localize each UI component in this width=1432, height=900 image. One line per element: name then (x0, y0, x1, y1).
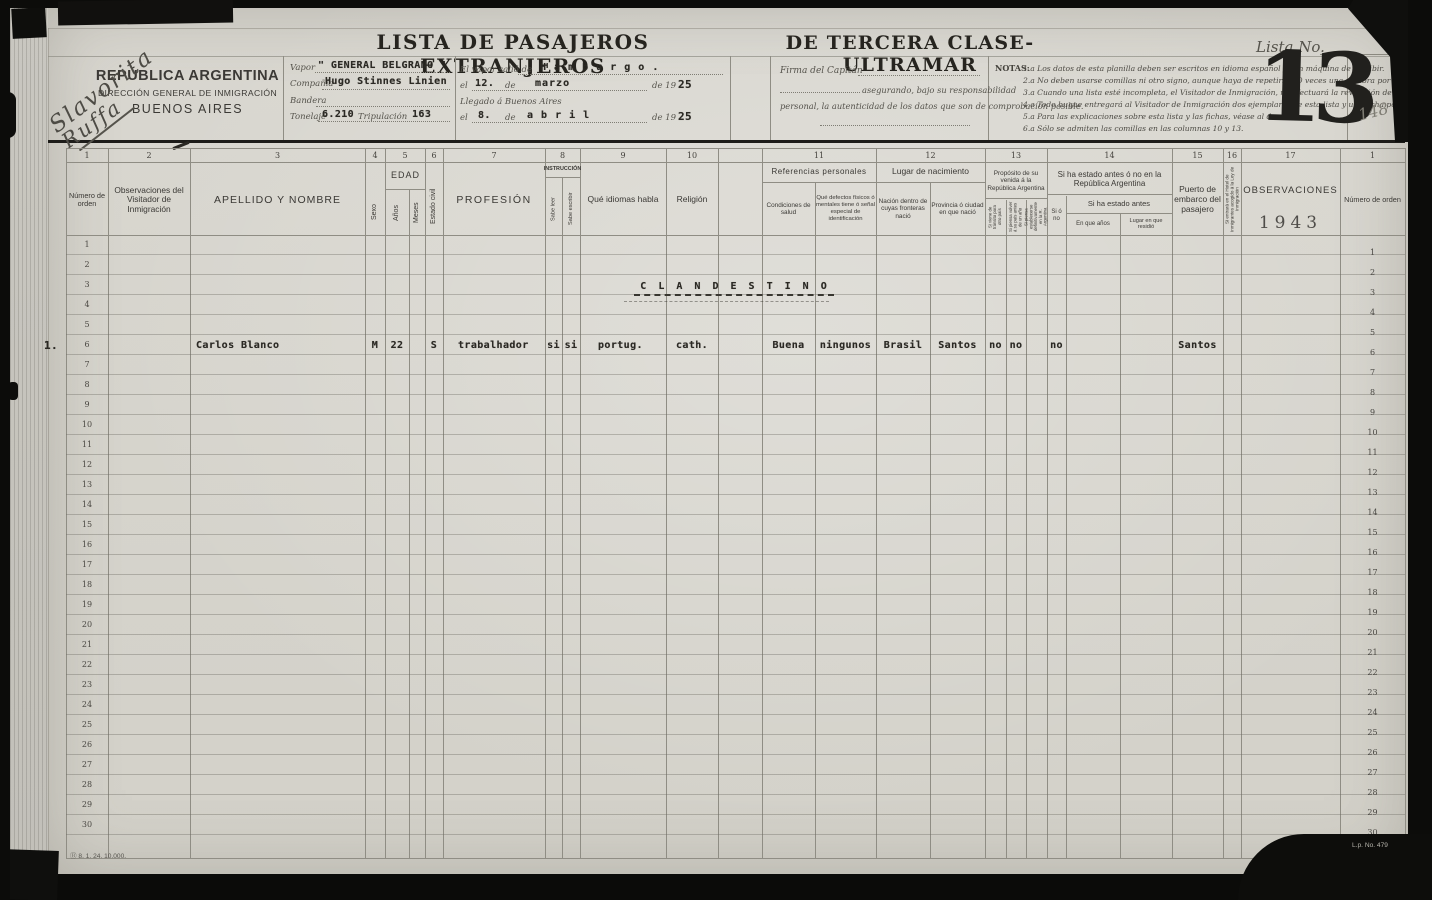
row-number: 11 (66, 435, 108, 455)
col-header-defectos: Qué defectos físicos ó mentales tiene ó … (816, 184, 875, 234)
scan-edge-left (0, 0, 10, 900)
fill-line (858, 75, 980, 76)
row-numbers-left: 1234567891011121314151617181920212223242… (66, 235, 108, 835)
row-number: 5 (66, 315, 108, 335)
column-number: 5 (385, 149, 425, 162)
cell-religion: cath. (676, 340, 708, 351)
col-header-si-o-no: Si ó no (1048, 198, 1065, 233)
scan-edge-bottom (0, 874, 1432, 900)
cell-sabe-escribir: si (562, 340, 580, 352)
column-number: 9 (580, 149, 666, 162)
tripulacion-value: 163 (412, 109, 431, 120)
column-number: 8 (545, 149, 580, 162)
col-header-proposito: Propósito de su venida á la República Ar… (986, 164, 1046, 198)
spine-shadow-mark (11, 7, 47, 39)
row-number: 21 (1340, 643, 1405, 663)
row-number: 1 (1340, 243, 1405, 263)
column-number: 10 (666, 149, 718, 162)
salio-year: 25 (678, 78, 692, 91)
col-header-edad: EDAD (386, 162, 425, 189)
scan-edge-right (1408, 0, 1432, 900)
col-header-estado-antes: Si ha estado antes ó no en la República … (1048, 164, 1171, 194)
clandestino-entry: C L A N D E S T I N O (640, 281, 830, 292)
row-number: 30 (66, 815, 108, 835)
row-number: 20 (1340, 623, 1405, 643)
de19-label: de 19 (652, 113, 676, 123)
row-number: 8 (1340, 383, 1405, 403)
row-number: 25 (1340, 723, 1405, 743)
row-number: 16 (66, 535, 108, 555)
row-number: 28 (1340, 783, 1405, 803)
el-label: el (460, 81, 468, 91)
row-number: 28 (66, 775, 108, 795)
row-number: 23 (66, 675, 108, 695)
row-number: 22 (66, 655, 108, 675)
row-number: 4 (1340, 303, 1405, 323)
row-number: 7 (66, 355, 108, 375)
col-header-sexo: Sexo (366, 190, 384, 234)
row-number: 16 (1340, 543, 1405, 563)
column-number: 2 (108, 149, 190, 162)
col-header-sabe-escribir: Sabe escribir (563, 184, 579, 234)
row-number: 13 (66, 475, 108, 495)
scan-artifact-bottom-right (1238, 834, 1432, 900)
row-number: 12 (1340, 463, 1405, 483)
row-number: 15 (66, 515, 108, 535)
col-header-numero-orden: Número de orden (67, 168, 107, 232)
column-number: 1 (66, 149, 108, 162)
llegado-day: 8. (478, 110, 491, 121)
salio-value: H a m b u r g o . (540, 62, 659, 73)
cell-profesion: trabalhador (458, 340, 529, 351)
fill-line (472, 90, 647, 91)
row-number: 7 (1340, 363, 1405, 383)
row-number: 25 (66, 715, 108, 735)
column-number: 11 (762, 149, 876, 162)
col-header-en-que-anos: En que años (1067, 215, 1119, 233)
table-row-lines (66, 235, 1405, 835)
column-number: 3 (190, 149, 365, 162)
book-spine (10, 6, 48, 874)
col-header-hotel-inmigrantes: Si entrará en el Hotel de Inmigrantes ac… (1224, 166, 1240, 232)
row-number: 12 (66, 455, 108, 475)
cell-salud: Buena (762, 340, 815, 352)
column-number: 14 (1047, 149, 1172, 162)
row-number: 9 (1340, 403, 1405, 423)
row-number: 17 (66, 555, 108, 575)
row-number: 24 (1340, 703, 1405, 723)
col-header-idiomas: Qué idiomas habla (581, 168, 665, 232)
cell-volver: no (1006, 340, 1026, 352)
left-margin-rule (48, 28, 49, 870)
col-header-proposito-transito: Si viene de tránsito para otro país (986, 201, 1005, 233)
row-number: 27 (1340, 763, 1405, 783)
cell-nacion: Brasil (876, 340, 930, 352)
row-number: 11 (1340, 443, 1405, 463)
col-header-meses: Meses (410, 192, 424, 234)
cell-puerto-embarco: Santos (1172, 340, 1223, 352)
row-number: 3 (66, 275, 108, 295)
row-number: 24 (66, 695, 108, 715)
col-header-sabe-leer: Sabe leer (546, 184, 561, 234)
row-numbers-right: 1234567891011121314151617181920212223242… (1340, 243, 1405, 843)
row-number: 29 (66, 795, 108, 815)
row-number: 19 (1340, 603, 1405, 623)
nota-item: 5.a Para las explicaciones sobre esta li… (1023, 111, 1290, 123)
col-header-apellido-nombre: APELLIDO Y NOMBRE (191, 168, 364, 232)
col-header-puerto: Puerto de embarco del pasajero (1173, 168, 1222, 232)
top-rule (48, 28, 1405, 29)
column-number: 1 (1340, 149, 1405, 162)
row-number: 20 (66, 615, 108, 635)
col-header-proposito-establecerse: Si piensa establecerse definitivamente e… (1027, 201, 1046, 233)
row-number: 18 (66, 575, 108, 595)
row-number: 26 (1340, 743, 1405, 763)
col-header-observaciones-visitador: Observaciones del Visitador de Inmigraci… (109, 168, 189, 232)
col-header-anos: Años (386, 192, 408, 234)
col-header-condiciones-salud: Condiciones de salud (763, 186, 814, 232)
cell-transito: no (985, 340, 1006, 352)
clandestino-dashes (634, 294, 834, 296)
col-header-estado-civil: Estado civil (426, 178, 442, 234)
sheet-number-stamp: 13 (1255, 39, 1371, 138)
cell-sabe-leer: si (545, 340, 562, 352)
row-number: 8 (66, 375, 108, 395)
fill-line (315, 72, 450, 73)
header-divider (283, 56, 284, 141)
row-number: 10 (66, 415, 108, 435)
clandestino-dashes (624, 301, 829, 302)
row-number: 10 (1340, 423, 1405, 443)
column-number: 15 (1172, 149, 1223, 162)
bandera-label: Bandera (290, 96, 326, 106)
fill-line (472, 122, 647, 123)
margin-order-mark: 1. (44, 339, 58, 352)
grid-line (66, 162, 1405, 163)
year-stamp: 1943 (1242, 214, 1339, 234)
col-header-proposito-volver: Si piensa volver á su país antes de un a… (1007, 201, 1025, 233)
grid-line (66, 858, 1405, 859)
col-header-lugar-nacimiento: Lugar de nacimiento (877, 163, 984, 181)
scan-artifact-top-left (58, 0, 233, 26)
salio-month: marzo (535, 78, 570, 89)
plate-code: L.p. No. 479 (1352, 842, 1388, 849)
grid-line (1405, 148, 1406, 858)
column-number: 12 (876, 149, 985, 162)
grid-line (1047, 194, 1172, 195)
column-number: 16 (1223, 149, 1241, 162)
de19-label: de 19 (652, 81, 676, 91)
fill-line (820, 125, 970, 126)
fill-line (318, 121, 450, 122)
header-divider (770, 56, 771, 141)
salio-day: 12. (475, 78, 494, 89)
vapor-value: " GENERAL BELGRANO " (318, 60, 446, 71)
row-number: 15 (1340, 523, 1405, 543)
row-number: 9 (66, 395, 108, 415)
fill-line (322, 89, 450, 90)
el-label: el (460, 113, 468, 123)
fill-line (316, 106, 450, 107)
grid-line (985, 198, 1047, 199)
row-number: 18 (1340, 583, 1405, 603)
tonelaje-value: 6.210 (322, 109, 354, 120)
print-code: Ⓑ 8. 1. 24. 10.000. (70, 850, 126, 860)
row-number: 4 (66, 295, 108, 315)
cell-sexo: M (365, 340, 385, 352)
row-number: 3 (1340, 283, 1405, 303)
row-number: 5 (1340, 323, 1405, 343)
row-number: 13 (1340, 483, 1405, 503)
column-number: 17 (1241, 149, 1340, 162)
cell-idiomas: portug. (598, 340, 643, 351)
col-header-lugar-residio: Lugar en que residió (1121, 214, 1171, 234)
col-header-religion: Religión (667, 168, 717, 232)
col-header-provincia: Provincia ó ciudad en que nació (931, 186, 984, 232)
scanned-passenger-list-page: LISTA DE PASAJEROS EXTRANJEROS DE TERCER… (0, 0, 1432, 900)
header-divider (730, 56, 731, 141)
column-number: 6 (425, 149, 443, 162)
row-number: 19 (66, 595, 108, 615)
header-divider (455, 56, 456, 141)
header-divider (988, 56, 989, 141)
row-number: 14 (66, 495, 108, 515)
header-band-top-rule (48, 56, 1405, 57)
cell-estado-civil: S (425, 340, 443, 352)
col-header-referencias: Referencias personales (763, 163, 875, 181)
row-number: 26 (66, 735, 108, 755)
cell-provincia: Santos (930, 340, 985, 352)
col-header-numero-orden-right: Número de orden (1341, 168, 1404, 232)
cell-apellido-nombre: Carlos Blanco (196, 340, 279, 351)
cell-estado-antes: no (1047, 340, 1066, 352)
row-number: 22 (1340, 663, 1405, 683)
col-header-instruccion: INSTRUCCIÓN (546, 162, 579, 177)
captain-line2: asegurando, bajo su responsabilidad (862, 85, 1016, 95)
llegado-year: 25 (678, 110, 692, 123)
row-number: 23 (1340, 683, 1405, 703)
cell-anos: 22 (385, 340, 409, 352)
row-number: 6 (1340, 343, 1405, 363)
header-band-heavy-rule (48, 140, 1405, 143)
row-number: 14 (1340, 503, 1405, 523)
column-number: 4 (365, 149, 385, 162)
vapor-label: Vapor (290, 63, 315, 73)
compania-value: Hugo Stinnes Linien (325, 76, 447, 87)
nota-item: 6.a Sólo se admiten las comillas en las … (1023, 123, 1243, 135)
firma-label: Firma del Capitán (780, 66, 863, 76)
fill-line (780, 92, 860, 93)
column-number: 7 (443, 149, 545, 162)
row-number: 27 (66, 755, 108, 775)
col-header-nacion: Nación dentro de cuyas fronteras nació (877, 186, 929, 232)
col-header-profesion: PROFESIÓN (444, 168, 544, 232)
row-number: 1 (66, 235, 108, 255)
col-header-observaciones: OBSERVACIONES (1242, 168, 1339, 214)
row-number: 21 (66, 635, 108, 655)
cell-defectos: ningunos (815, 340, 876, 352)
column-number: 13 (985, 149, 1047, 162)
llegado-label: Llegado á Buenos Aires (460, 97, 562, 107)
llegado-month: a b r i l (527, 110, 590, 121)
grid-line (762, 182, 985, 183)
row-number: 6 (66, 335, 108, 355)
row-number: 29 (1340, 803, 1405, 823)
grid-line (385, 189, 425, 190)
row-number: 2 (66, 255, 108, 275)
row-number: 2 (1340, 263, 1405, 283)
fill-line (518, 74, 723, 75)
col-header-si-ha-estado: Si ha estado antes (1067, 197, 1171, 212)
row-number: 17 (1340, 563, 1405, 583)
